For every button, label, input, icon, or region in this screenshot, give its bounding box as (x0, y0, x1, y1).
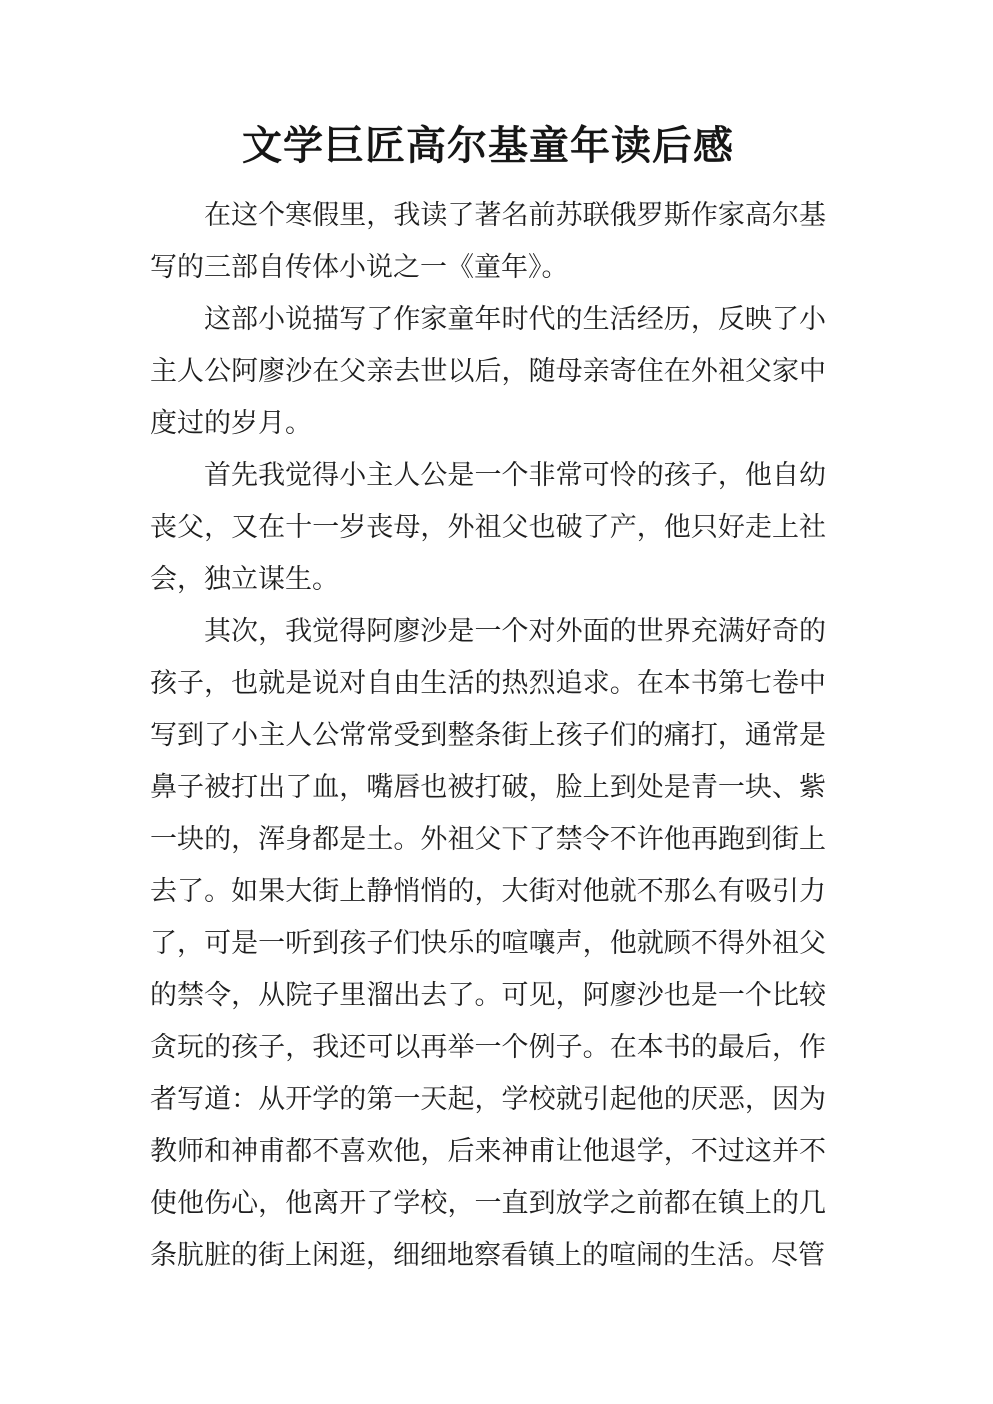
document-page: 文学巨匠高尔基童年读后感 在这个寒假里，我读了著名前苏联俄罗斯作家高尔基写的三部… (0, 0, 993, 1404)
paragraph-second-point: 其次，我觉得阿廖沙是一个对外面的世界充满好奇的孩子，也就是说对自由生活的热烈追求… (150, 605, 826, 1281)
paragraph-summary: 这部小说描写了作家童年时代的生活经历，反映了小主人公阿廖沙在父亲去世以后，随母亲… (150, 293, 826, 449)
paragraph-first-point: 首先我觉得小主人公是一个非常可怜的孩子，他自幼丧父，又在十一岁丧母，外祖父也破了… (150, 449, 826, 605)
document-title: 文学巨匠高尔基童年读后感 (150, 117, 826, 175)
document-body: 在这个寒假里，我读了著名前苏联俄罗斯作家高尔基写的三部自传体小说之一《童年》。 … (150, 189, 826, 1281)
paragraph-intro: 在这个寒假里，我读了著名前苏联俄罗斯作家高尔基写的三部自传体小说之一《童年》。 (150, 189, 826, 293)
document-content: 文学巨匠高尔基童年读后感 在这个寒假里，我读了著名前苏联俄罗斯作家高尔基写的三部… (150, 117, 826, 1281)
